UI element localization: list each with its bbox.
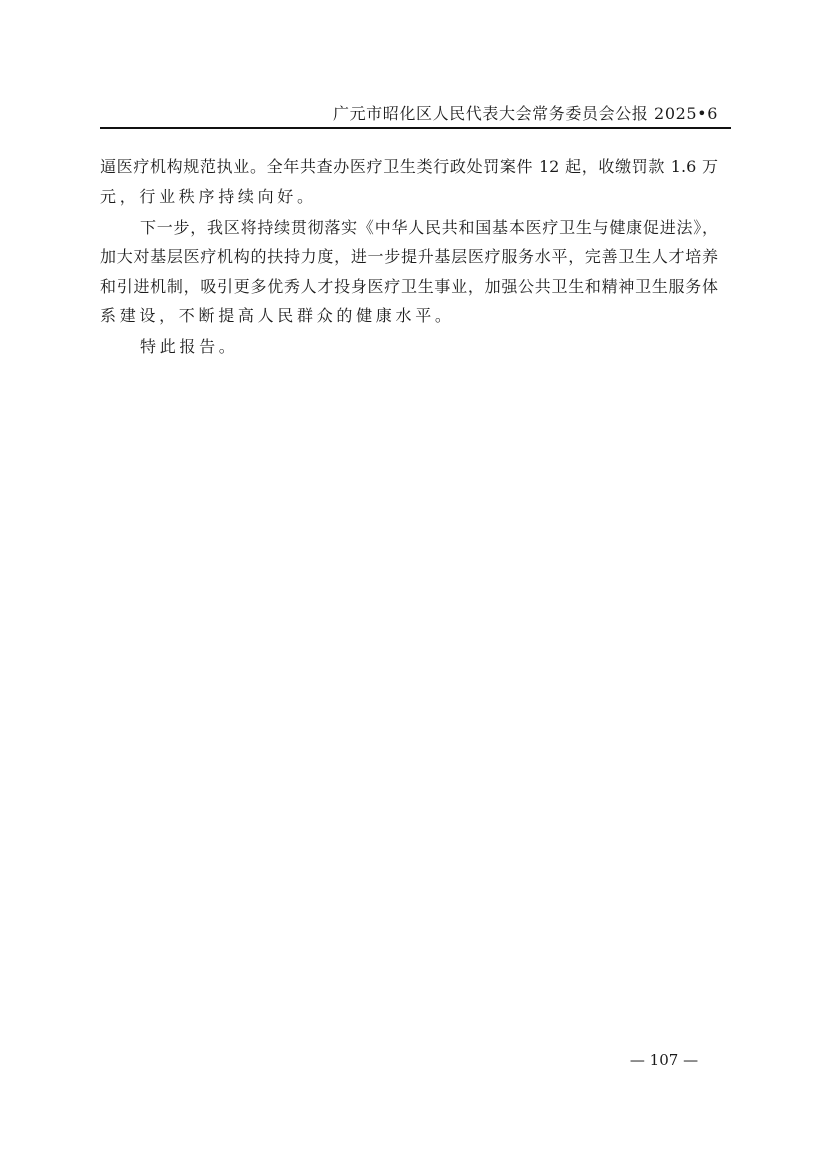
text-line: 加大对基层医疗机构的扶持力度，进一步提升基层医疗服务水平，完善卫生人才培养 (100, 246, 718, 268)
paragraph-enforcement: 逼医疗机构规范执业。全年共查办医疗卫生类行政处罚案件 12 起，收缴罚款 1.6… (100, 156, 718, 208)
page-number: — 107 — (614, 1050, 714, 1070)
text-line: 特此报告。 (100, 336, 718, 358)
text-line: 逼医疗机构规范执业。全年共查办医疗卫生类行政处罚案件 12 起，收缴罚款 1.6… (100, 156, 718, 178)
text-line: 元，行业秩序持续向好。 (100, 186, 718, 208)
text-line: 和引进机制，吸引更多优秀人才投身医疗卫生事业，加强公共卫生和精神卫生服务体 (100, 276, 718, 298)
bulletin-header-title: 广元市昭化区人民代表大会常务委员会公报 2025•6 (330, 104, 718, 124)
paragraph-next-steps: 下一步，我区将持续贯彻落实《中华人民共和国基本医疗卫生与健康促进法》， 加大对基… (100, 217, 718, 328)
text-line: 下一步，我区将持续贯彻落实《中华人民共和国基本医疗卫生与健康促进法》， (100, 217, 718, 239)
paragraph-closing: 特此报告。 (100, 336, 718, 358)
document-body: 逼医疗机构规范执业。全年共查办医疗卫生类行政处罚案件 12 起，收缴罚款 1.6… (100, 156, 718, 367)
text-line: 系建设，不断提高人民群众的健康水平。 (100, 305, 718, 327)
header-divider (100, 127, 731, 129)
